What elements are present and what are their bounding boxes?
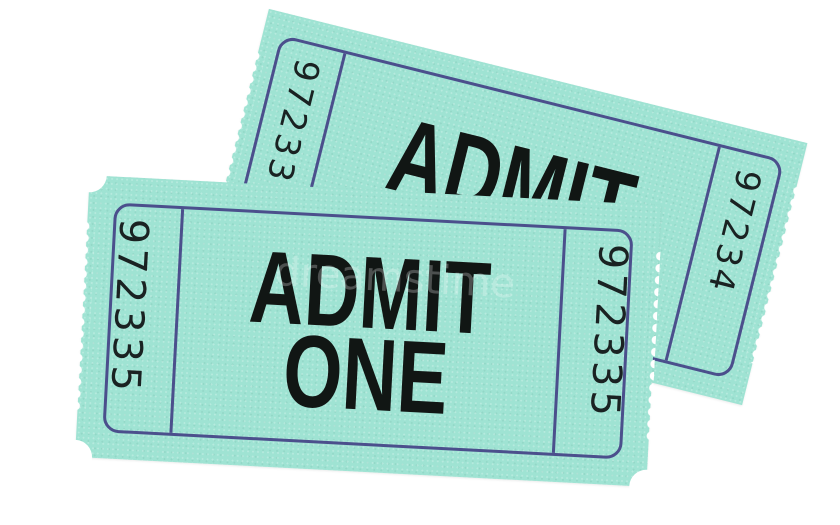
front-ticket: 972335 972335 ADMIT ONE dreamstime bbox=[75, 175, 661, 487]
front-ticket-notch-tl bbox=[72, 157, 108, 193]
front-ticket-notch-bl bbox=[57, 439, 93, 475]
front-ticket-notch-br bbox=[628, 469, 664, 505]
